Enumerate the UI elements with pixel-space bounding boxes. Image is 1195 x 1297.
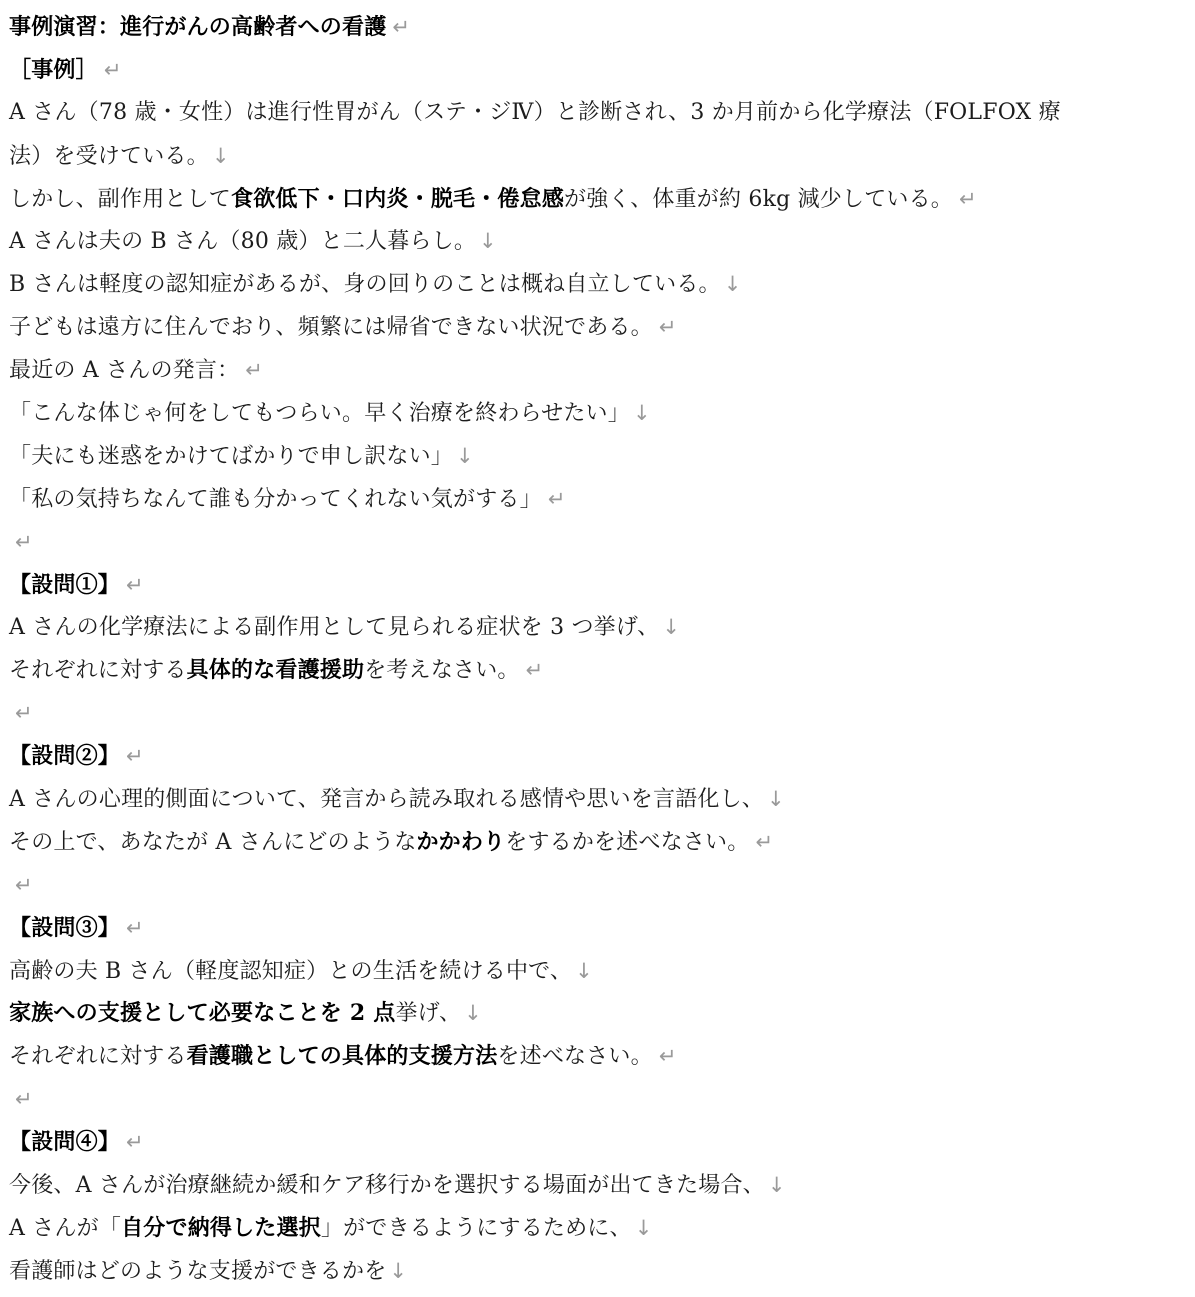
bold-text-segment: 看護職としての具体的支援方法 — [187, 1043, 498, 1069]
paragraph-mark-icon: ↵ — [126, 1130, 144, 1154]
empty-line: ↵ — [9, 521, 1169, 564]
text-segment: 「私の気持ちなんて誰も分かってくれない気がする」 — [9, 487, 542, 512]
bold-text-segment: 家族への支援として必要なことを 2 点 — [9, 1000, 395, 1026]
text-segment: を述べなさい。 — [497, 1044, 652, 1069]
text-line: 「夫にも迷惑をかけてばかりで申し訳ない」↓ — [9, 435, 1169, 478]
text-segment: それぞれに対する — [9, 658, 187, 683]
paragraph-mark-icon: ↵ — [104, 58, 122, 82]
empty-line: ↵ — [9, 1078, 1169, 1121]
text-segment: 子どもは遠方に住んでおり、頻繁には帰省できない状況である。 — [9, 315, 653, 340]
text-line: ［事例］↵ — [9, 49, 1169, 92]
line-break-icon: ↓ — [635, 1216, 653, 1240]
line-break-icon: ↓ — [767, 787, 785, 811]
line-break-icon: ↓ — [389, 1259, 407, 1283]
line-break-icon: ↓ — [575, 959, 593, 983]
text-line: 【設問②】↵ — [9, 735, 1169, 778]
paragraph-mark-icon: ↵ — [548, 487, 566, 511]
text-line: 【設問③】↵ — [9, 907, 1169, 950]
line-break-icon: ↓ — [768, 1173, 786, 1197]
paragraph-mark-icon: ↵ — [15, 1087, 33, 1111]
paragraph-mark-icon: ↵ — [245, 358, 263, 382]
text-segment: 高齢の夫 B さん（軽度認知症）との生活を続ける中で、 — [9, 959, 572, 984]
bold-text-segment: 【設問①】 — [9, 572, 120, 598]
text-segment: 今後、A さんが治療継続か緩和ケア移行かを選択する場面が出てきた場合、 — [9, 1173, 765, 1198]
paragraph-mark-icon: ↵ — [126, 573, 144, 597]
paragraph-mark-icon: ↵ — [15, 701, 33, 725]
text-segment: 最近の A さんの発言： — [9, 358, 239, 383]
text-line: A さんの心理的側面について、発言から読み取れる感情や思いを言語化し、↓ — [9, 778, 1169, 821]
text-line: 子どもは遠方に住んでおり、頻繁には帰省できない状況である。↵ — [9, 306, 1169, 349]
text-segment: 法）を受けている。 — [9, 144, 209, 169]
line-break-icon: ↓ — [212, 144, 230, 168]
text-line: 高齢の夫 B さん（軽度認知症）との生活を続ける中で、↓ — [9, 950, 1169, 993]
text-segment: A さんは夫の B さん（80 歳）と二人暮らし。 — [9, 229, 476, 254]
line-break-icon: ↓ — [633, 401, 651, 425]
text-line: それぞれに対する具体的な看護援助を考えなさい。↵ — [9, 649, 1169, 692]
bold-text-segment: 自分で納得した選択 — [121, 1215, 321, 1241]
text-segment: をするかを述べなさい。 — [505, 830, 749, 855]
text-line: 「私の気持ちなんて誰も分かってくれない気がする」↵ — [9, 478, 1169, 521]
paragraph-mark-icon: ↵ — [526, 658, 544, 682]
text-segment: が強く、体重が約 6kg 減少している。 — [564, 187, 953, 212]
text-line: 最近の A さんの発言：↵ — [9, 349, 1169, 392]
text-line: 今後、A さんが治療継続か緩和ケア移行かを選択する場面が出てきた場合、↓ — [9, 1164, 1169, 1207]
bold-text-segment: 【設問③】 — [9, 915, 120, 941]
text-line: 法）を受けている。↓ — [9, 135, 1169, 178]
text-line: A さんは夫の B さん（80 歳）と二人暮らし。↓ — [9, 220, 1169, 263]
paragraph-mark-icon: ↵ — [392, 15, 410, 39]
text-segment: A さんが「 — [9, 1216, 121, 1241]
bold-text-segment: 具体的な看護援助 — [187, 657, 365, 683]
text-line: 「こんな体じゃ何をしてもつらい。早く治療を終わらせたい」↓ — [9, 392, 1169, 435]
text-line: A さんの化学療法による副作用として見られる症状を 3 つ挙げ、↓ — [9, 606, 1169, 649]
text-segment: その上で、あなたが A さんにどのような — [9, 830, 416, 855]
text-line: 看護師はどのような支援ができるかを↓ — [9, 1250, 1169, 1293]
document-page: 事例演習：進行がんの高齢者への看護↵［事例］↵A さん（78 歳・女性）は進行性… — [0, 0, 1195, 1297]
text-line: しかし、副作用として食欲低下・口内炎・脱毛・倦怠感が強く、体重が約 6kg 減少… — [9, 178, 1169, 221]
text-line: その上で、あなたが A さんにどのようなかかわりをするかを述べなさい。↵ — [9, 821, 1169, 864]
bold-text-segment: 【設問④】 — [9, 1129, 120, 1155]
text-segment: B さんは軽度の認知症があるが、身の回りのことは概ね自立している。 — [9, 272, 721, 297]
text-line: A さん（78 歳・女性）は進行性胃がん（ステ・ジⅣ）と診断され、3 か月前から… — [9, 92, 1169, 135]
paragraph-mark-icon: ↵ — [659, 1044, 677, 1068]
paragraph-mark-icon: ↵ — [15, 873, 33, 897]
paragraph-mark-icon: ↵ — [15, 530, 33, 554]
paragraph-mark-icon: ↵ — [126, 916, 144, 940]
text-line: 家族への支援として必要なことを 2 点挙げ、↓ — [9, 992, 1169, 1035]
empty-line: ↵ — [9, 864, 1169, 907]
text-segment: 「夫にも迷惑をかけてばかりで申し訳ない」 — [9, 444, 453, 469]
paragraph-mark-icon: ↵ — [126, 744, 144, 768]
text-segment: 「こんな体じゃ何をしてもつらい。早く治療を終わらせたい」 — [9, 401, 630, 426]
bold-text-segment: ［事例］ — [9, 57, 98, 83]
text-line: それぞれに対する看護職としての具体的支援方法を述べなさい。↵ — [9, 1035, 1169, 1078]
text-line: A さんが「自分で納得した選択」ができるようにするために、↓ — [9, 1207, 1169, 1250]
line-break-icon: ↓ — [456, 444, 474, 468]
empty-line: ↵ — [9, 692, 1169, 735]
line-break-icon: ↓ — [662, 615, 680, 639]
text-line: 【設問①】↵ — [9, 564, 1169, 607]
text-segment: 」ができるようにするために、 — [321, 1216, 632, 1241]
text-segment: 看護師はどのような支援ができるかを — [9, 1259, 386, 1284]
text-segment: A さん（78 歳・女性）は進行性胃がん（ステ・ジⅣ）と診断され、3 か月前から… — [9, 100, 1061, 125]
paragraph-mark-icon: ↵ — [659, 315, 677, 339]
text-segment: A さんの化学療法による副作用として見られる症状を 3 つ挙げ、 — [9, 615, 659, 640]
line-break-icon: ↓ — [724, 272, 742, 296]
paragraph-mark-icon: ↵ — [959, 187, 977, 211]
paragraph-mark-icon: ↵ — [755, 830, 773, 854]
text-segment: しかし、副作用として — [9, 187, 231, 212]
line-break-icon: ↓ — [464, 1001, 482, 1025]
text-segment: A さんの心理的側面について、発言から読み取れる感情や思いを言語化し、 — [9, 787, 764, 812]
bold-text-segment: かかわり — [416, 829, 505, 855]
bold-text-segment: 【設問②】 — [9, 743, 120, 769]
text-segment: 挙げ、 — [395, 1001, 461, 1026]
line-break-icon: ↓ — [479, 229, 497, 253]
text-segment: それぞれに対する — [9, 1044, 187, 1069]
text-segment: を考えなさい。 — [364, 658, 519, 683]
bold-text-segment: 食欲低下・口内炎・脱毛・倦怠感 — [231, 186, 564, 212]
text-line: B さんは軽度の認知症があるが、身の回りのことは概ね自立している。↓ — [9, 263, 1169, 306]
bold-text-segment: 事例演習：進行がんの高齢者への看護 — [9, 14, 386, 40]
text-line: 【設問④】↵ — [9, 1121, 1169, 1164]
text-line: 事例演習：進行がんの高齢者への看護↵ — [9, 6, 1169, 49]
